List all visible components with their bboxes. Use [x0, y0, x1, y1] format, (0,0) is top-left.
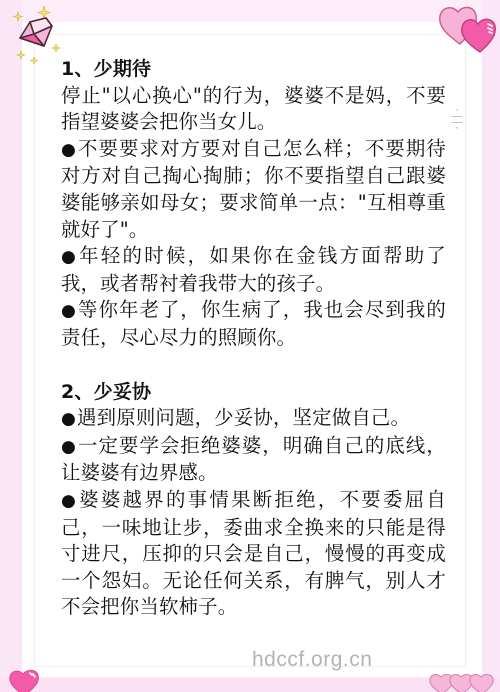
section-title: 1、少期待 — [61, 56, 446, 83]
heart-icon — [8, 668, 42, 692]
diamond-sparkle-icon — [6, 4, 62, 64]
triple-heart-icon — [428, 672, 500, 692]
watermark: hdccf.org.cn — [252, 648, 372, 672]
bullet-paragraph: 一定要学会拒绝婆婆，明确自己的底线，让婆婆有边界感。 — [61, 433, 446, 487]
section-shao-tuoxie: 2、少妥协 遇到原则问题，少妥协，坚定做自己。 一定要学会拒绝婆婆，明确自己的底… — [61, 379, 446, 621]
bottom-decorative-band — [0, 678, 500, 692]
section-spacer — [61, 352, 446, 379]
section-shao-qidai: 1、少期待 停止"以心换心"的行为，婆婆不是妈，不要指望婆婆会把你当女儿。 不要… — [61, 56, 446, 352]
bullet-text: 不要要求对方要对自己怎么样；不要期待对方对自己掏心掏肺；你不要指望自己跟婆婆能够… — [61, 137, 446, 241]
top-decorative-band — [0, 0, 500, 22]
bullet-text: 年轻的时候，如果你在金钱方面帮助了我，或者帮衬着我带大的孩子。 — [61, 244, 446, 295]
right-decorative-band — [482, 0, 500, 692]
bullet-paragraph: 年轻的时候，如果你在金钱方面帮助了我，或者帮衬着我带大的孩子。 — [61, 243, 446, 297]
bullet-paragraph: 婆婆越界的事情果断拒绝，不要委屈自己，一味地让步，委曲求全换来的只能是得寸进尺，… — [61, 487, 446, 621]
left-decorative-band — [0, 0, 22, 692]
bullet-paragraph: 不要要求对方要对自己怎么样；不要期待对方对自己掏心掏肺；你不要指望自己跟婆婆能够… — [61, 136, 446, 243]
bullet-text: 遇到原则问题，少妥协，坚定做自己。 — [77, 406, 410, 429]
bullet-text: 等你年老了，你生病了，我也会尽到我的责任，尽心尽力的照顾你。 — [61, 298, 446, 349]
bullet-text: 一定要学会拒绝婆婆，明确自己的底线，让婆婆有边界感。 — [61, 434, 446, 485]
bullet-paragraph: 遇到原则问题，少妥协，坚定做自己。 — [61, 405, 446, 433]
double-heart-icon — [436, 2, 500, 54]
article-content: 1、少期待 停止"以心换心"的行为，婆婆不是妈，不要指望婆婆会把你当女儿。 不要… — [61, 56, 446, 621]
section-title: 2、少妥协 — [61, 379, 446, 406]
bullet-paragraph: 等你年老了，你生病了，我也会尽到我的责任，尽心尽力的照顾你。 — [61, 297, 446, 351]
paragraph: 停止"以心换心"的行为，婆婆不是妈，不要指望婆婆会把你当女儿。 — [61, 83, 446, 136]
drag-handle-icon[interactable]: · — — · — [451, 107, 463, 129]
bullet-text: 婆婆越界的事情果断拒绝，不要委屈自己，一味地让步，委曲求全换来的只能是得寸进尺，… — [61, 488, 446, 618]
